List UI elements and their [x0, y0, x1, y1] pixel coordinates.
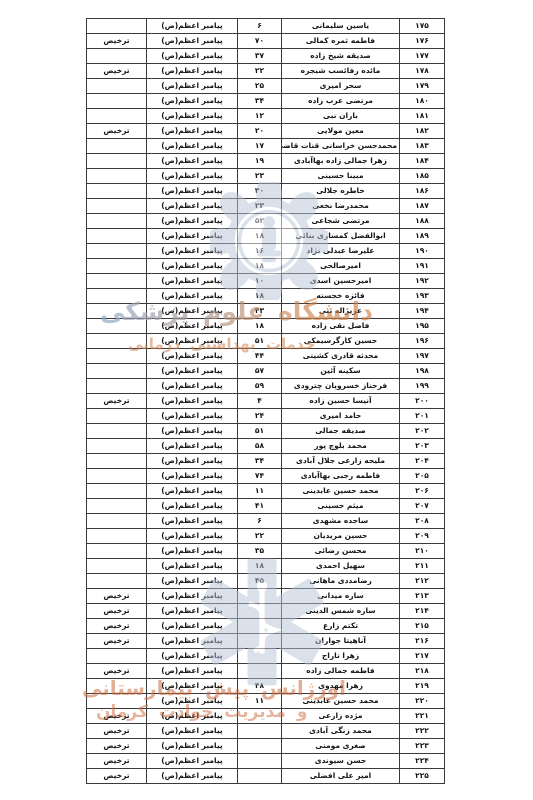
- ward-cell: پیامبر اعظم(ص): [147, 214, 238, 229]
- status-cell: [87, 139, 147, 154]
- table-row: ۲۰۸ ساجده مشهدی ۶ پیامبر اعظم(ص): [87, 514, 445, 529]
- table-row: ۲۱۱ سهیل احمدی ۱۸ پیامبر اعظم(ص): [87, 559, 445, 574]
- table-row: ۱۸۰ مرتضی عرب زاده ۳۴ پیامبر اعظم(ص): [87, 94, 445, 109]
- bed-number-cell: ۳۵: [238, 544, 282, 559]
- bed-number-cell: ۲۰: [238, 124, 282, 139]
- table-row: ۲۱۶ آناهیتا جواران پیامبر اعظم(ص) ترخیص: [87, 634, 445, 649]
- status-cell: [87, 574, 147, 589]
- row-number-cell: ۲۱۷: [400, 649, 445, 664]
- ward-cell: پیامبر اعظم(ص): [147, 559, 238, 574]
- table-row: ۱۷۷ صدیقه شیخ زاده ۳۷ پیامبر اعظم(ص): [87, 49, 445, 64]
- ward-cell: پیامبر اعظم(ص): [147, 469, 238, 484]
- patient-name-cell: زهرا تاراج: [282, 649, 400, 664]
- table-row: ۲۰۶ محمد حسین عابدینی ۱۱ پیامبر اعظم(ص): [87, 484, 445, 499]
- patient-name-cell: محمد حسین عابدینی: [282, 484, 400, 499]
- status-cell: ترخیص: [87, 754, 147, 769]
- bed-number-cell: ۱۸: [238, 259, 282, 274]
- ward-cell: پیامبر اعظم(ص): [147, 199, 238, 214]
- patient-name-cell: محدثه قادری کشیتی: [282, 349, 400, 364]
- status-cell: [87, 439, 147, 454]
- row-number-cell: ۲۱۰: [400, 544, 445, 559]
- row-number-cell: ۲۰۱: [400, 409, 445, 424]
- bed-number-cell: ۱۹: [238, 154, 282, 169]
- status-cell: [87, 229, 147, 244]
- table-row: ۲۱۲ رضامددی ماهانی ۴۵ پیامبر اعظم(ص): [87, 574, 445, 589]
- row-number-cell: ۲۲۲: [400, 724, 445, 739]
- row-number-cell: ۲۰۴: [400, 454, 445, 469]
- bed-number-cell: ۱۰: [238, 274, 282, 289]
- patient-name-cell: فائزه خجسته: [282, 289, 400, 304]
- status-cell: [87, 469, 147, 484]
- row-number-cell: ۲۰۷: [400, 499, 445, 514]
- patient-name-cell: زهرا مهدوی: [282, 679, 400, 694]
- bed-number-cell: ۱۸: [238, 289, 282, 304]
- status-cell: [87, 649, 147, 664]
- table-row: ۲۲۲ محمد زنگی آبادی پیامبر اعظم(ص) ترخیص: [87, 724, 445, 739]
- bed-number-cell: ۲۳: [238, 199, 282, 214]
- ward-cell: پیامبر اعظم(ص): [147, 109, 238, 124]
- status-cell: [87, 454, 147, 469]
- ward-cell: پیامبر اعظم(ص): [147, 544, 238, 559]
- patient-table: ۱۷۵ یاسین سلیمانی ۶ پیامبر اعظم(ص) ۱۷۶ ف…: [86, 18, 444, 784]
- table-row: ۲۰۱ حامد امیری ۲۴ پیامبر اعظم(ص): [87, 409, 445, 424]
- table-row: ۱۹۳ فائزه خجسته ۱۸ پیامبر اعظم(ص): [87, 289, 445, 304]
- status-cell: [87, 289, 147, 304]
- row-number-cell: ۱۸۸: [400, 214, 445, 229]
- bed-number-cell: [238, 709, 282, 724]
- ward-cell: پیامبر اعظم(ص): [147, 364, 238, 379]
- row-number-cell: ۱۸۵: [400, 169, 445, 184]
- bed-number-cell: ۷۴: [238, 469, 282, 484]
- status-cell: [87, 184, 147, 199]
- status-cell: [87, 499, 147, 514]
- ward-cell: پیامبر اعظم(ص): [147, 49, 238, 64]
- ward-cell: پیامبر اعظم(ص): [147, 529, 238, 544]
- ward-cell: پیامبر اعظم(ص): [147, 499, 238, 514]
- ward-cell: پیامبر اعظم(ص): [147, 34, 238, 49]
- table-row: ۱۸۴ زهرا جمالی زاده بهاآبادی ۱۹ پیامبر ا…: [87, 154, 445, 169]
- ward-cell: پیامبر اعظم(ص): [147, 679, 238, 694]
- row-number-cell: ۱۷۵: [400, 19, 445, 34]
- row-number-cell: ۲۰۲: [400, 424, 445, 439]
- status-cell: [87, 49, 147, 64]
- bed-number-cell: ۲۴: [238, 409, 282, 424]
- patient-name-cell: محمدرضا نخعی: [282, 199, 400, 214]
- ward-cell: پیامبر اعظم(ص): [147, 754, 238, 769]
- row-number-cell: ۱۸۹: [400, 229, 445, 244]
- table-row: ۲۲۳ صغری مومنی پیامبر اعظم(ص) ترخیص: [87, 739, 445, 754]
- ward-cell: پیامبر اعظم(ص): [147, 244, 238, 259]
- table-row: ۲۲۰ محمد حسین عابدینی ۱۱ پیامبر اعظم(ص): [87, 694, 445, 709]
- bed-number-cell: ۲۲: [238, 64, 282, 79]
- table-row: ۲۰۷ میثم حسینی ۴۱ پیامبر اعظم(ص): [87, 499, 445, 514]
- row-number-cell: ۲۱۴: [400, 604, 445, 619]
- ward-cell: پیامبر اعظم(ص): [147, 514, 238, 529]
- bed-number-cell: ۱۸: [238, 319, 282, 334]
- bed-number-cell: ۱۸: [238, 559, 282, 574]
- ward-cell: پیامبر اعظم(ص): [147, 184, 238, 199]
- bed-number-cell: ۲۳: [238, 169, 282, 184]
- status-cell: [87, 169, 147, 184]
- patient-name-cell: محمد حسین عابدینی: [282, 694, 400, 709]
- table-row: ۲۱۸ فاطمه جمالی زاده پیامبر اعظم(ص) ترخی…: [87, 664, 445, 679]
- status-cell: [87, 334, 147, 349]
- patient-name-cell: ساره شمس الدینی: [282, 604, 400, 619]
- ward-cell: پیامبر اعظم(ص): [147, 154, 238, 169]
- table-row: ۲۱۹ زهرا مهدوی ۴۸ پیامبر اعظم(ص): [87, 679, 445, 694]
- row-number-cell: ۲۰۸: [400, 514, 445, 529]
- ward-cell: پیامبر اعظم(ص): [147, 64, 238, 79]
- status-cell: [87, 304, 147, 319]
- table-row: ۱۸۱ باران نبی ۱۲ پیامبر اعظم(ص): [87, 109, 445, 124]
- bed-number-cell: ۵۲: [238, 214, 282, 229]
- table-row: ۲۱۳ ساره میدانی پیامبر اعظم(ص) ترخیص: [87, 589, 445, 604]
- table-row: ۲۰۴ ملیحه زارعی جلال آبادی ۳۴ پیامبر اعظ…: [87, 454, 445, 469]
- ward-cell: پیامبر اعظم(ص): [147, 649, 238, 664]
- ward-cell: پیامبر اعظم(ص): [147, 124, 238, 139]
- ward-cell: پیامبر اعظم(ص): [147, 439, 238, 454]
- bed-number-cell: [238, 634, 282, 649]
- status-cell: ترخیص: [87, 604, 147, 619]
- patient-table-body: ۱۷۵ یاسین سلیمانی ۶ پیامبر اعظم(ص) ۱۷۶ ف…: [87, 19, 445, 784]
- bed-number-cell: ۳۴: [238, 94, 282, 109]
- table-row: ۱۸۸ مرتضی شجاعی ۵۲ پیامبر اعظم(ص): [87, 214, 445, 229]
- row-number-cell: ۲۱۱: [400, 559, 445, 574]
- table-row: ۱۷۸ مائده رفائسب شبجره ۲۲ پیامبر اعظم(ص)…: [87, 64, 445, 79]
- row-number-cell: ۲۱۵: [400, 619, 445, 634]
- status-cell: [87, 244, 147, 259]
- patient-name-cell: سکینه آئین: [282, 364, 400, 379]
- row-number-cell: ۲۲۱: [400, 709, 445, 724]
- table-row: ۲۱۴ ساره شمس الدینی پیامبر اعظم(ص) ترخیص: [87, 604, 445, 619]
- bed-number-cell: ۵۱: [238, 424, 282, 439]
- patient-name-cell: علیرضا عبدلی نژاد: [282, 244, 400, 259]
- patient-name-cell: امیر علی افضلی: [282, 769, 400, 784]
- row-number-cell: ۱۸۶: [400, 184, 445, 199]
- table-row: ۱۹۴ عزیزاله نبی ۴۳ پیامبر اعظم(ص): [87, 304, 445, 319]
- ward-cell: پیامبر اعظم(ص): [147, 409, 238, 424]
- table-row: ۱۸۹ ابوالفضل کمساری بنائی ۱۸ پیامبر اعظم…: [87, 229, 445, 244]
- bed-number-cell: ۱۱: [238, 484, 282, 499]
- table-row: ۲۲۴ حسن سیوندی پیامبر اعظم(ص) ترخیص: [87, 754, 445, 769]
- ward-cell: پیامبر اعظم(ص): [147, 259, 238, 274]
- bed-number-cell: ۵۱: [238, 334, 282, 349]
- table-row: ۲۱۷ زهرا تاراج پیامبر اعظم(ص): [87, 649, 445, 664]
- bed-number-cell: ۳۴: [238, 454, 282, 469]
- status-cell: [87, 274, 147, 289]
- table-row: ۱۸۲ معین مولایی ۲۰ پیامبر اعظم(ص) ترخیص: [87, 124, 445, 139]
- patient-name-cell: مرتضی شجاعی: [282, 214, 400, 229]
- patient-name-cell: خاطره جلالی: [282, 184, 400, 199]
- patient-name-cell: سهیل احمدی: [282, 559, 400, 574]
- document-page: دانشگاه علوم پزشکی خدمات بهداشتی درمانی …: [0, 0, 533, 800]
- status-cell: [87, 379, 147, 394]
- patient-name-cell: مائده رفائسب شبجره: [282, 64, 400, 79]
- ward-cell: پیامبر اعظم(ص): [147, 634, 238, 649]
- ward-cell: پیامبر اعظم(ص): [147, 289, 238, 304]
- table-row: ۱۹۹ فرحناز خسرویان چترودی ۵۹ پیامبر اعظم…: [87, 379, 445, 394]
- row-number-cell: ۲۰۰: [400, 394, 445, 409]
- table-row: ۱۷۹ سحر امیری ۲۵ پیامبر اعظم(ص): [87, 79, 445, 94]
- patient-name-cell: محمد بلوچ پور: [282, 439, 400, 454]
- patient-name-cell: صدیقه شیخ زاده: [282, 49, 400, 64]
- ward-cell: پیامبر اعظم(ص): [147, 739, 238, 754]
- row-number-cell: ۱۹۵: [400, 319, 445, 334]
- table-row: ۱۷۵ یاسین سلیمانی ۶ پیامبر اعظم(ص): [87, 19, 445, 34]
- status-cell: [87, 109, 147, 124]
- status-cell: [87, 259, 147, 274]
- patient-name-cell: یاسین سلیمانی: [282, 19, 400, 34]
- patient-name-cell: رضامددی ماهانی: [282, 574, 400, 589]
- bed-number-cell: [238, 649, 282, 664]
- bed-number-cell: ۴۴: [238, 349, 282, 364]
- row-number-cell: ۱۹۱: [400, 259, 445, 274]
- patient-name-cell: ساجده مشهدی: [282, 514, 400, 529]
- bed-number-cell: ۴۸: [238, 679, 282, 694]
- table-row: ۱۹۸ سکینه آئین ۵۷ پیامبر اعظم(ص): [87, 364, 445, 379]
- ward-cell: پیامبر اعظم(ص): [147, 79, 238, 94]
- status-cell: [87, 409, 147, 424]
- bed-number-cell: [238, 589, 282, 604]
- table-row: ۲۰۰ آنیسا حسین زاده ۴ پیامبر اعظم(ص) ترخ…: [87, 394, 445, 409]
- bed-number-cell: ۱۱: [238, 694, 282, 709]
- row-number-cell: ۱۹۴: [400, 304, 445, 319]
- status-cell: ترخیص: [87, 769, 147, 784]
- table-row: ۱۸۶ خاطره جلالی ۳۰ پیامبر اعظم(ص): [87, 184, 445, 199]
- bed-number-cell: ۵۹: [238, 379, 282, 394]
- bed-number-cell: ۵۸: [238, 439, 282, 454]
- ward-cell: پیامبر اعظم(ص): [147, 484, 238, 499]
- row-number-cell: ۱۸۳: [400, 139, 445, 154]
- status-cell: [87, 319, 147, 334]
- status-cell: [87, 514, 147, 529]
- bed-number-cell: ۴۵: [238, 574, 282, 589]
- row-number-cell: ۲۰۶: [400, 484, 445, 499]
- patient-name-cell: باران نبی: [282, 109, 400, 124]
- ward-cell: پیامبر اعظم(ص): [147, 304, 238, 319]
- bed-number-cell: [238, 619, 282, 634]
- row-number-cell: ۲۰۵: [400, 469, 445, 484]
- patient-name-cell: آنیسا حسین زاده: [282, 394, 400, 409]
- patient-name-cell: مبینا حسینی: [282, 169, 400, 184]
- status-cell: ترخیص: [87, 394, 147, 409]
- status-cell: [87, 559, 147, 574]
- bed-number-cell: [238, 754, 282, 769]
- table-row: ۲۰۹ حسین مریدیان ۲۲ پیامبر اعظم(ص): [87, 529, 445, 544]
- status-cell: [87, 679, 147, 694]
- row-number-cell: ۲۰۹: [400, 529, 445, 544]
- status-cell: [87, 79, 147, 94]
- status-cell: [87, 544, 147, 559]
- patient-name-cell: سحر امیری: [282, 79, 400, 94]
- row-number-cell: ۱۸۱: [400, 109, 445, 124]
- row-number-cell: ۱۹۰: [400, 244, 445, 259]
- patient-name-cell: معین مولایی: [282, 124, 400, 139]
- patient-name-cell: صغری مومنی: [282, 739, 400, 754]
- patient-name-cell: ابوالفضل کمساری بنائی: [282, 229, 400, 244]
- ward-cell: پیامبر اعظم(ص): [147, 229, 238, 244]
- row-number-cell: ۲۱۶: [400, 634, 445, 649]
- row-number-cell: ۱۷۸: [400, 64, 445, 79]
- bed-number-cell: ۲۲: [238, 529, 282, 544]
- status-cell: [87, 214, 147, 229]
- bed-number-cell: ۲۵: [238, 79, 282, 94]
- bed-number-cell: ۱۲: [238, 109, 282, 124]
- bed-number-cell: ۴: [238, 394, 282, 409]
- patient-name-cell: زهرا جمالی زاده بهاآبادی: [282, 154, 400, 169]
- table-row: ۱۹۰ علیرضا عبدلی نژاد ۱۶ پیامبر اعظم(ص): [87, 244, 445, 259]
- status-cell: ترخیص: [87, 739, 147, 754]
- bed-number-cell: ۳۷: [238, 49, 282, 64]
- patient-name-cell: حسین مریدیان: [282, 529, 400, 544]
- ward-cell: پیامبر اعظم(ص): [147, 19, 238, 34]
- patient-name-cell: ساره میدانی: [282, 589, 400, 604]
- patient-name-cell: صدیقه جمالی: [282, 424, 400, 439]
- table-row: ۱۹۱ امیرصالحی ۱۸ پیامبر اعظم(ص): [87, 259, 445, 274]
- table-row: ۲۰۵ فاطمه رجبی بهاآبادی ۷۴ پیامبر اعظم(ص…: [87, 469, 445, 484]
- table-row: ۲۱۵ تکتم زارع پیامبر اعظم(ص) ترخیص: [87, 619, 445, 634]
- row-number-cell: ۲۰۳: [400, 439, 445, 454]
- patient-name-cell: فرحناز خسرویان چترودی: [282, 379, 400, 394]
- ward-cell: پیامبر اعظم(ص): [147, 319, 238, 334]
- row-number-cell: ۱۸۴: [400, 154, 445, 169]
- ward-cell: پیامبر اعظم(ص): [147, 694, 238, 709]
- row-number-cell: ۱۷۶: [400, 34, 445, 49]
- ward-cell: پیامبر اعظم(ص): [147, 589, 238, 604]
- row-number-cell: ۱۸۷: [400, 199, 445, 214]
- bed-number-cell: [238, 604, 282, 619]
- ward-cell: پیامبر اعظم(ص): [147, 604, 238, 619]
- row-number-cell: ۱۸۰: [400, 94, 445, 109]
- patient-name-cell: حسین کارگرسیمکی: [282, 334, 400, 349]
- status-cell: ترخیص: [87, 589, 147, 604]
- table-row: ۱۹۷ محدثه قادری کشیتی ۴۴ پیامبر اعظم(ص): [87, 349, 445, 364]
- bed-number-cell: ۵۷: [238, 364, 282, 379]
- table-row: ۲۰۲ صدیقه جمالی ۵۱ پیامبر اعظم(ص): [87, 424, 445, 439]
- ward-cell: پیامبر اعظم(ص): [147, 94, 238, 109]
- ward-cell: پیامبر اعظم(ص): [147, 574, 238, 589]
- patient-name-cell: محسن رضائی: [282, 544, 400, 559]
- bed-number-cell: ۴۱: [238, 499, 282, 514]
- ward-cell: پیامبر اعظم(ص): [147, 664, 238, 679]
- table-row: ۲۲۵ امیر علی افضلی پیامبر اعظم(ص) ترخیص: [87, 769, 445, 784]
- status-cell: ترخیص: [87, 619, 147, 634]
- status-cell: [87, 154, 147, 169]
- bed-number-cell: [238, 769, 282, 784]
- row-number-cell: ۱۹۲: [400, 274, 445, 289]
- bed-number-cell: [238, 664, 282, 679]
- status-cell: [87, 529, 147, 544]
- ward-cell: پیامبر اعظم(ص): [147, 394, 238, 409]
- patient-name-cell: محمدحسن خراسانی قنات قاضی: [282, 139, 400, 154]
- patient-name-cell: فاطمه ثمره کمالی: [282, 34, 400, 49]
- ward-cell: پیامبر اعظم(ص): [147, 139, 238, 154]
- row-number-cell: ۲۱۲: [400, 574, 445, 589]
- status-cell: ترخیص: [87, 724, 147, 739]
- table-row: ۱۹۵ فاضل نقی زاده ۱۸ پیامبر اعظم(ص): [87, 319, 445, 334]
- table-row: ۱۸۳ محمدحسن خراسانی قنات قاضی ۱۷ پیامبر …: [87, 139, 445, 154]
- table-row: ۱۷۶ فاطمه ثمره کمالی ۷۰ پیامبر اعظم(ص) ت…: [87, 34, 445, 49]
- table-row: ۲۰۳ محمد بلوچ پور ۵۸ پیامبر اعظم(ص): [87, 439, 445, 454]
- status-cell: [87, 94, 147, 109]
- row-number-cell: ۲۲۳: [400, 739, 445, 754]
- row-number-cell: ۲۲۵: [400, 769, 445, 784]
- bed-number-cell: ۱۶: [238, 244, 282, 259]
- table-row: ۱۸۵ مبینا حسینی ۲۳ پیامبر اعظم(ص): [87, 169, 445, 184]
- patient-name-cell: امیرصالحی: [282, 259, 400, 274]
- patient-name-cell: ملیحه زارعی جلال آبادی: [282, 454, 400, 469]
- patient-name-cell: فاطمه جمالی زاده: [282, 664, 400, 679]
- status-cell: [87, 19, 147, 34]
- patient-name-cell: امیرحسین اسدی: [282, 274, 400, 289]
- patient-name-cell: مرتضی عرب زاده: [282, 94, 400, 109]
- patient-name-cell: محمد زنگی آبادی: [282, 724, 400, 739]
- table-row: ۱۹۲ امیرحسین اسدی ۱۰ پیامبر اعظم(ص): [87, 274, 445, 289]
- status-cell: ترخیص: [87, 34, 147, 49]
- bed-number-cell: [238, 739, 282, 754]
- status-cell: ترخیص: [87, 709, 147, 724]
- ward-cell: پیامبر اعظم(ص): [147, 274, 238, 289]
- ward-cell: پیامبر اعظم(ص): [147, 619, 238, 634]
- patient-name-cell: فاضل نقی زاده: [282, 319, 400, 334]
- row-number-cell: ۲۲۰: [400, 694, 445, 709]
- row-number-cell: ۱۹۸: [400, 364, 445, 379]
- row-number-cell: ۱۹۹: [400, 379, 445, 394]
- patient-name-cell: تکتم زارع: [282, 619, 400, 634]
- bed-number-cell: ۷۰: [238, 34, 282, 49]
- table-row: ۱۹۶ حسین کارگرسیمکی ۵۱ پیامبر اعظم(ص): [87, 334, 445, 349]
- bed-number-cell: ۶: [238, 19, 282, 34]
- ward-cell: پیامبر اعظم(ص): [147, 769, 238, 784]
- status-cell: ترخیص: [87, 124, 147, 139]
- row-number-cell: ۲۱۹: [400, 679, 445, 694]
- row-number-cell: ۱۹۷: [400, 349, 445, 364]
- status-cell: [87, 424, 147, 439]
- patient-name-cell: عزیزاله نبی: [282, 304, 400, 319]
- ward-cell: پیامبر اعظم(ص): [147, 349, 238, 364]
- row-number-cell: ۱۹۳: [400, 289, 445, 304]
- ward-cell: پیامبر اعظم(ص): [147, 454, 238, 469]
- status-cell: [87, 364, 147, 379]
- row-number-cell: ۲۱۳: [400, 589, 445, 604]
- ward-cell: پیامبر اعظم(ص): [147, 709, 238, 724]
- bed-number-cell: ۶: [238, 514, 282, 529]
- row-number-cell: ۱۸۲: [400, 124, 445, 139]
- ward-cell: پیامبر اعظم(ص): [147, 334, 238, 349]
- patient-name-cell: حسن سیوندی: [282, 754, 400, 769]
- bed-number-cell: [238, 724, 282, 739]
- bed-number-cell: ۱۸: [238, 229, 282, 244]
- table-row: ۲۱۰ محسن رضائی ۳۵ پیامبر اعظم(ص): [87, 544, 445, 559]
- patient-name-cell: حامد امیری: [282, 409, 400, 424]
- status-cell: [87, 349, 147, 364]
- ward-cell: پیامبر اعظم(ص): [147, 379, 238, 394]
- status-cell: ترخیص: [87, 64, 147, 79]
- patient-name-cell: میثم حسینی: [282, 499, 400, 514]
- ward-cell: پیامبر اعظم(ص): [147, 424, 238, 439]
- status-cell: ترخیص: [87, 664, 147, 679]
- row-number-cell: ۲۱۸: [400, 664, 445, 679]
- status-cell: [87, 199, 147, 214]
- status-cell: [87, 484, 147, 499]
- row-number-cell: ۲۲۴: [400, 754, 445, 769]
- status-cell: [87, 694, 147, 709]
- row-number-cell: ۱۹۶: [400, 334, 445, 349]
- patient-name-cell: فاطمه رجبی بهاآبادی: [282, 469, 400, 484]
- ward-cell: پیامبر اعظم(ص): [147, 169, 238, 184]
- row-number-cell: ۱۷۹: [400, 79, 445, 94]
- bed-number-cell: ۳۰: [238, 184, 282, 199]
